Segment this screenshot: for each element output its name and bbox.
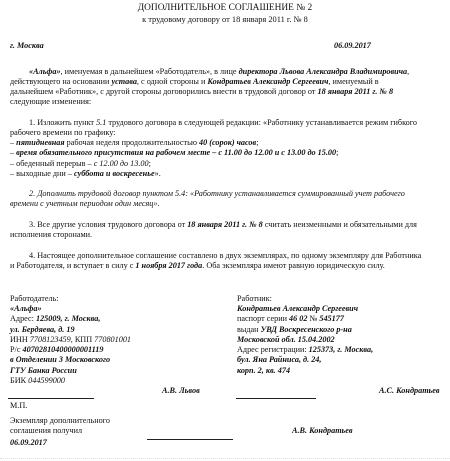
clause-2-line-1: 2. Дополнить трудовой договор пунктом 5.… [29,189,405,199]
clause-4-line-2: и Работодателя, и вступает в силу с 1 но… [10,261,385,271]
clause-1-line-4: – время обязательного присутствия на раб… [10,148,338,158]
employee-detail-line: Московской обл. 15.04.2002 [237,335,373,345]
clause-1-line-2: рабочего времени по графику: [10,128,115,138]
employee-detail-line: Кондратьев Александр Сергеевич [237,304,373,314]
employer-detail-line: «Альфа» [10,304,131,314]
employer-label: Работодатель: [10,294,59,304]
employee-detail-line: бул. Яна Райниса, д. 24, [237,355,373,365]
receipt-line-2: соглашения получил [10,426,82,435]
receipt-signature-line [147,439,233,440]
employer-detail-line: в Отделении 3 Московского [10,355,131,365]
document-date: 06.09.2017 [334,41,371,50]
employer-detail-line: Р/с 40702810400000001119 [10,345,131,355]
page-bottom-border [0,458,450,459]
document-title: ДОПОЛНИТЕЛЬНОЕ СОГЛАШЕНИЕ № 2 [0,3,450,13]
preamble-line-1: «Альфа», именуемая в дальнейшем «Работод… [29,67,409,77]
employee-signer: А.С. Кондратьев [379,386,440,395]
document-subtitle: к трудовому договору от 18 января 2011 г… [0,15,450,24]
clause-1-line-1: 1. Изложить пункт 5.1 трудового договора… [29,118,417,128]
employee-detail-line: паспорт серии 46 02 № 545177 [237,314,373,324]
employer-details: «Альфа»Адрес: 125009, г. Москва,ул. Берд… [10,304,131,386]
employee-label: Работник: [237,294,272,304]
employee-detail-line: Адрес регистрации: 125373, г. Москва, [237,345,373,355]
employer-detail-line: Адрес: 125009, г. Москва, [10,314,131,324]
preamble-line-2: действующего на основании устава, с одно… [10,77,379,87]
city: г. Москва [10,41,44,50]
employee-detail-line: выдан УВД Воскресенского р-на [237,325,373,335]
employer-detail-line: ГТУ Банка России [10,366,131,376]
employer-detail-line: БИК 044599000 [10,376,131,386]
employer-detail-line: ул. Бердяева, д. 19 [10,325,131,335]
clause-1-line-3: – пятидневная рабочая неделя продолжител… [10,138,258,148]
clause-1-line-6: – выходные дни – суббота и воскресенье». [10,169,161,179]
receipt-date: 06.09.2017 [10,438,47,447]
receipt-signer: А.В. Кондратьев [292,426,353,435]
clause-4-line-1: 4. Настоящее дополнительное соглашение с… [29,251,421,261]
clause-3-line-1: 3. Все другие условия трудового договора… [29,220,417,230]
employee-details: Кондратьев Александр Сергеевичпаспорт се… [237,304,373,376]
clause-1-line-5: – обеденный перерыв – с 12.00 до 13.00; [10,159,151,169]
employer-signer: А.В. Львов [162,386,200,395]
employer-detail-line: ИНН 7708123459, КПП 770801001 [10,335,131,345]
employee-signature-line [236,398,316,399]
clause-2-line-2: времени с учетным периодом один месяц». [10,199,160,209]
preamble-line-3: дальнейшем «Работник», с другой стороны … [10,87,393,97]
clause-3-line-2: исполнения сторонами. [10,230,92,240]
preamble-line-4: следующие изменения: [10,97,91,107]
stamp-label: М.П. [10,401,27,410]
employer-signature-line [8,398,94,399]
receipt-line-1: Экземпляр дополнительного [10,416,110,425]
employee-detail-line: корп. 2, кв. 474 [237,366,373,376]
